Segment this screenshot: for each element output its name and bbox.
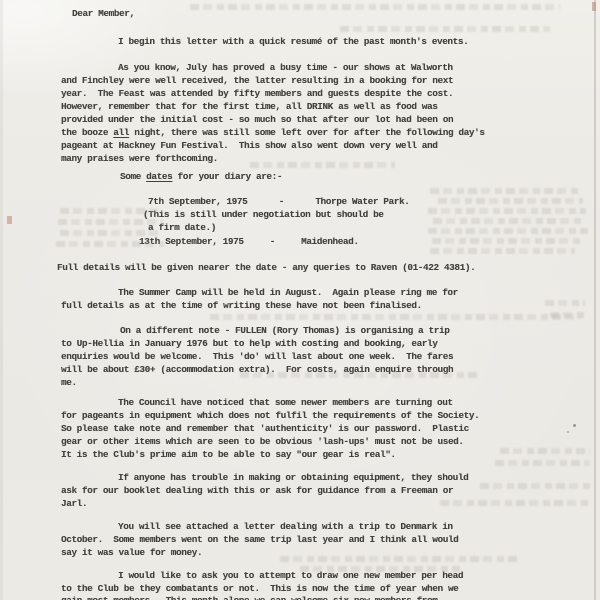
scanned-letter-page: Dear Member,I begin this letter with a q… [0,0,600,600]
dust-speck [573,424,576,427]
letter-line: and Finchley were well received, the lat… [61,75,453,86]
bleed-through-line [495,460,590,466]
letter-line: ask for our booklet dealing with this or… [61,485,453,496]
letter-line: say it was value for money. [61,547,202,558]
underlined-word: dates [146,171,172,182]
letter-line: for pageants in equipment which does not… [61,410,479,421]
letter-line: Jarl. [61,498,87,509]
letter-line: On a different note - FULLEN (Rory Thoma… [120,325,449,336]
underlined-word: all [113,127,129,138]
bleed-through-line [60,230,160,236]
letter-line: However, remember that for the first tim… [61,101,438,112]
letter-line: Some dates for your diary are:- [120,171,282,182]
bleed-through-line [432,238,582,244]
letter-line: 13th September, 1975 - Maidenhead. [139,236,359,247]
letter-line: year. The Feast was attended by fifty me… [61,88,453,99]
bleed-through-line [545,300,585,306]
letter-line: pageant at Hackney Fun Festival. This sh… [61,140,438,151]
letter-line: The Council have noticed that some newer… [118,397,453,408]
bleed-through-line [56,241,164,247]
letter-line: October. Some members went on the same t… [61,534,458,545]
bleed-through-line [428,228,588,234]
bleed-through-line [430,188,580,194]
letter-line: As you know, July has proved a busy time… [118,62,453,73]
bleed-through-line [210,314,580,320]
letter-line: If anyone has trouble in making or obtai… [118,472,468,483]
bleed-through-line [480,483,590,489]
bleed-through-line [60,208,160,214]
dust-speck [567,431,569,433]
red-ink-speck-left-margin [7,216,12,224]
letter-line: I begin this letter with a quick resumé … [118,36,468,47]
bleed-through-line [433,218,583,224]
bleed-through-line [240,372,480,378]
bleed-through-line [440,500,590,506]
bleed-through-line [430,248,575,254]
letter-line: to the Club be they combatants or not. T… [61,583,458,594]
letter-line: to Up-Hellia in January 1976 but to help… [61,338,438,349]
letter-line: Full details will be given nearer the da… [57,262,475,273]
letter-line: provided under the initial cost - so muc… [61,114,453,125]
paper-right-edge-line [594,0,596,600]
letter-line: gain most members. This month alone we c… [61,595,438,600]
bleed-through-line [438,198,583,204]
letter-line: enquiries would be welcome. This 'do' wi… [61,351,453,362]
letter-line: The Summer Camp will be held in August. … [118,287,458,298]
bleed-through-line [300,566,460,572]
bleed-through-line [250,162,395,168]
letter-line: So please take note and remember that 'a… [61,423,469,434]
letter-line: the booze all night, there was still som… [61,127,485,138]
bleed-through-line [428,208,586,214]
bleed-through-line [280,556,520,562]
letter-line: gear or other items which are seen to be… [61,436,464,447]
letter-line: (This is still under negotiation but sho… [143,209,384,220]
red-ink-speck-top-right [592,2,596,11]
paper-left-edge-shading [0,0,3,600]
letter-line: Dear Member, [72,8,135,19]
letter-line: 7th September, 1975 - Thorpe Water Park. [148,196,409,207]
bleed-through-line [500,448,590,454]
bleed-through-line [340,26,550,32]
letter-line: many praises were forthcoming. [61,153,218,164]
letter-line: It is the Club's prime aim to be able to… [61,449,396,460]
letter-line: me. [61,377,77,388]
bleed-through-line [58,219,163,225]
bleed-through-line [190,4,560,10]
letter-line: full details as at the time of writing t… [61,300,422,311]
letter-line: You will see attached a letter dealing w… [118,521,453,532]
